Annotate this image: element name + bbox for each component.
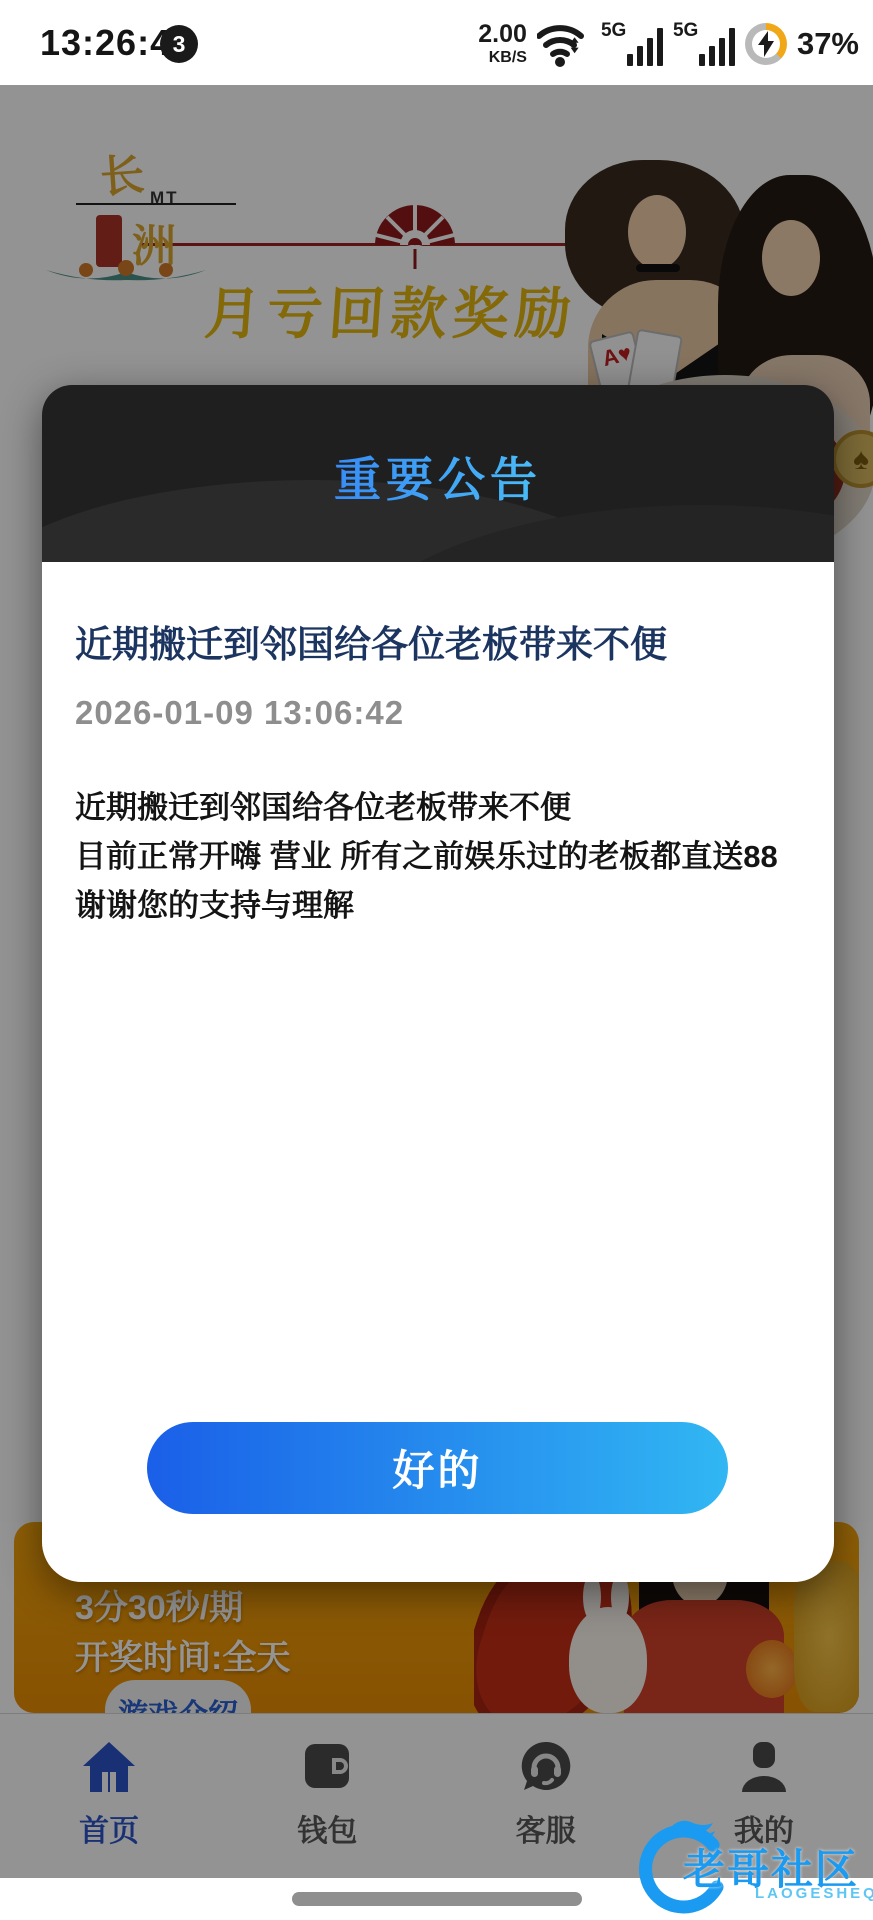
status-bar: 13:26:47 3 2.00 KB/S 5G 5G — [0, 0, 873, 85]
sim2-signal-icon: 5G — [673, 20, 735, 68]
status-icons: 2.00 KB/S 5G 5G 3 — [478, 18, 859, 70]
community-watermark: 老哥社区 LAOGESHEQU — [625, 1815, 873, 1915]
announcement-date: 2026-01-09 13:06:42 — [75, 694, 404, 732]
announcement-text: 近期搬迁到邻国给各位老板带来不便 目前正常开嗨 营业 所有之前娱乐过的老板都直送… — [75, 784, 805, 931]
home-indicator[interactable] — [292, 1892, 582, 1906]
notification-count-badge: 3 — [160, 25, 198, 63]
dialog-header: 重要公告 — [42, 385, 834, 562]
dialog-body: 近期搬迁到邻国给各位老板带来不便 2026-01-09 13:06:42 近期搬… — [42, 562, 834, 1582]
battery-charging-icon — [745, 23, 787, 65]
ok-button[interactable]: 好的 — [147, 1422, 728, 1514]
sim1-signal-icon: 5G — [601, 20, 663, 68]
announcement-title: 近期搬迁到邻国给各位老板带来不便 — [75, 614, 801, 668]
announcement-line: 谢谢您的支持与理解 — [75, 882, 805, 931]
dialog-title: 重要公告 — [42, 443, 834, 510]
phone-screen: 13:26:47 3 2.00 KB/S 5G 5G — [0, 0, 873, 1920]
wifi-icon — [537, 20, 591, 68]
announcement-dialog: 重要公告 近期搬迁到邻国给各位老板带来不便 2026-01-09 13:06:4… — [42, 385, 834, 1582]
network-speed: 2.00 KB/S — [478, 22, 527, 66]
announcement-line: 目前正常开嗨 营业 所有之前娱乐过的老板都直送88 — [75, 833, 805, 882]
watermark-subtext: LAOGESHEQU — [755, 1885, 873, 1902]
announcement-line: 近期搬迁到邻国给各位老板带来不便 — [75, 784, 805, 833]
battery-percent: 37% — [797, 26, 859, 62]
